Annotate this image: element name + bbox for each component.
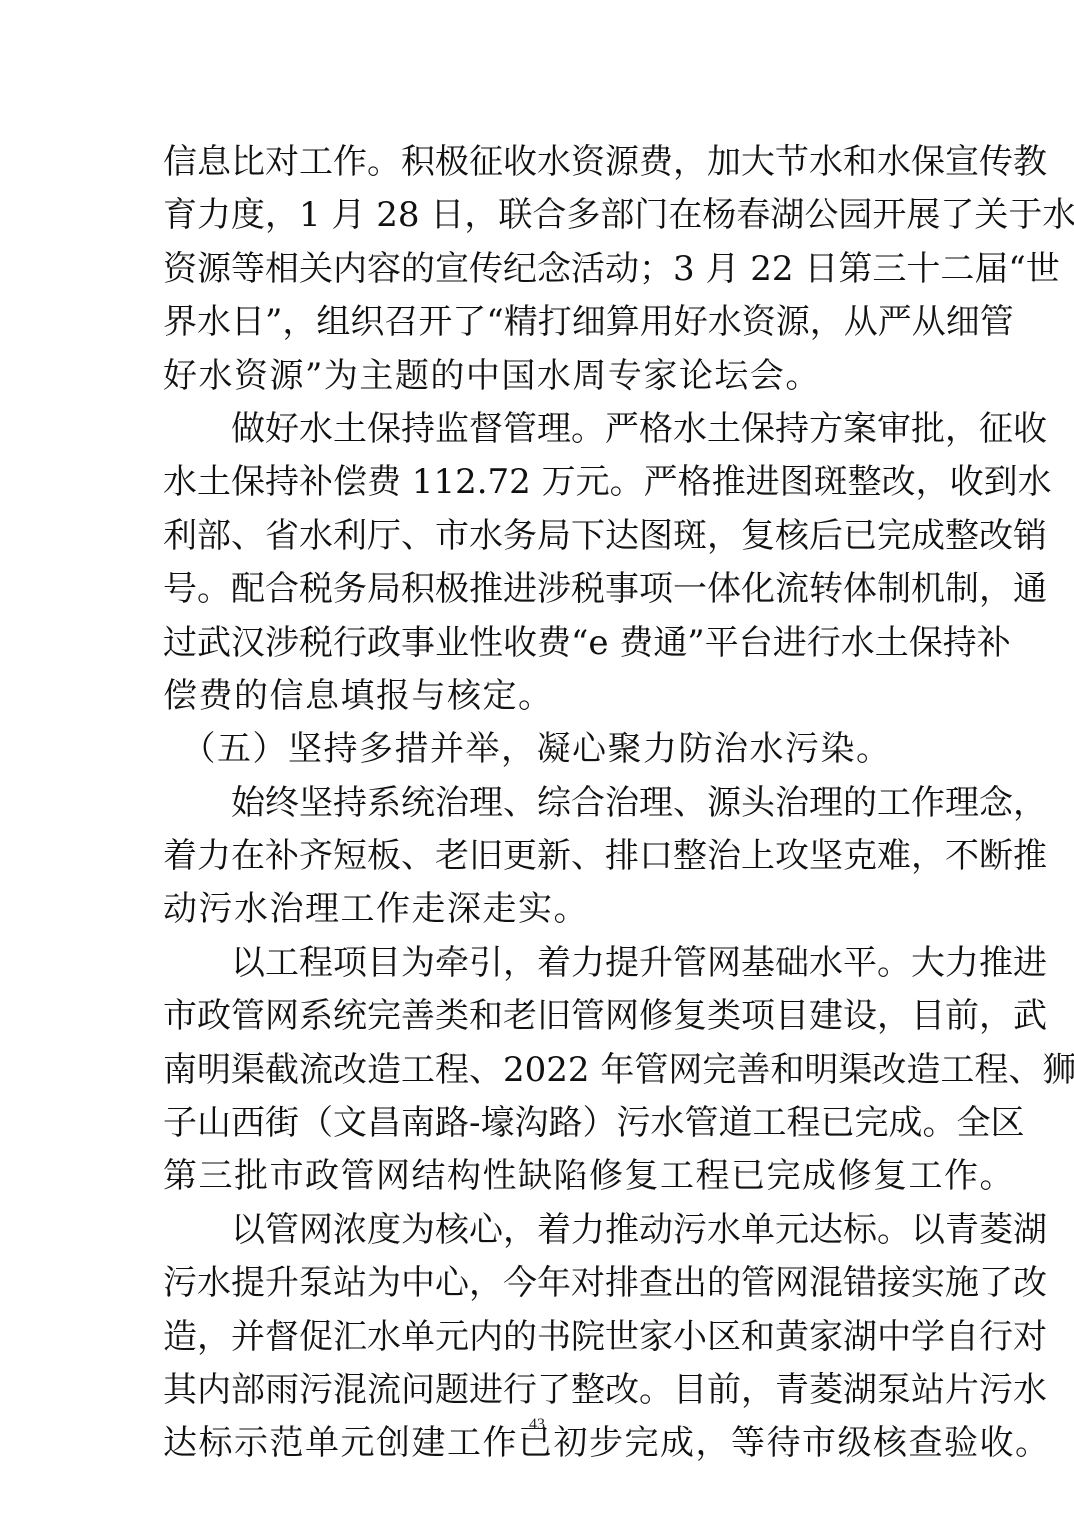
text-line: 号。配合税务局积极推进涉税事项一体化流转体制机制，通	[163, 563, 911, 616]
page-number: 43	[0, 1416, 1074, 1434]
text-line: 造，并督促汇水单元内的书院世家小区和黄家湖中学自行对	[163, 1311, 911, 1364]
text-line: 始终坚持系统治理、综合治理、源头治理的工作理念，	[163, 777, 911, 830]
text-line: 第三批市政管网结构性缺陷修复工程已完成修复工作。	[163, 1150, 923, 1203]
text-line: 过武汉涉税行政事业性收费“e 费通”平台进行水土保持补	[163, 617, 911, 670]
section-heading-five: （五）坚持多措并举，凝心聚力防治水污染。	[163, 723, 923, 776]
text-line: 资源等相关内容的宣传纪念活动；3 月 22 日第三十二届“世	[163, 243, 911, 296]
section-heading: （五）坚持多措并举，凝心聚力防治水污染。	[163, 723, 923, 776]
text-line: 南明渠截流改造工程、2022 年管网完善和明渠改造工程、狮	[163, 1044, 911, 1097]
paragraph-pipe-network: 以工程项目为牵引，着力提升管网基础水平。大力推进 市政管网系统完善类和老旧管网修…	[163, 937, 923, 1204]
text-line: 做好水土保持监督管理。严格水土保持方案审批，征收	[163, 403, 911, 456]
text-line: 污水提升泵站为中心，今年对排查出的管网混错接实施了改	[163, 1257, 911, 1310]
text-line: 信息比对工作。积极征收水资源费，加大节水和水保宣传教	[163, 136, 911, 189]
text-line: 利部、省水利厅、市水务局下达图斑，复核后已完成整改销	[163, 510, 911, 563]
text-line: 偿费的信息填报与核定。	[163, 670, 923, 723]
paragraph-soil-conservation: 做好水土保持监督管理。严格水土保持方案审批，征收 水土保持补偿费 112.72 …	[163, 403, 923, 723]
body-text: 信息比对工作。积极征收水资源费，加大节水和水保宣传教 育力度，1 月 28 日，…	[163, 136, 923, 1471]
text-line: 以管网浓度为核心，着力推动污水单元达标。以青菱湖	[163, 1204, 911, 1257]
paragraph-water-resources-continuation: 信息比对工作。积极征收水资源费，加大节水和水保宣传教 育力度，1 月 28 日，…	[163, 136, 923, 403]
text-line: 以工程项目为牵引，着力提升管网基础水平。大力推进	[163, 937, 911, 990]
text-line: 好水资源”为主题的中国水周专家论坛会。	[163, 350, 923, 403]
text-line: 动污水治理工作走深走实。	[163, 883, 923, 936]
text-line: 子山西街（文昌南路-壕沟路）污水管道工程已完成。全区	[163, 1097, 911, 1150]
document-page: 信息比对工作。积极征收水资源费，加大节水和水保宣传教 育力度，1 月 28 日，…	[0, 0, 1074, 1520]
text-line: 市政管网系统完善类和老旧管网修复类项目建设，目前，武	[163, 990, 911, 1043]
text-line: 着力在补齐短板、老旧更新、排口整治上攻坚克难，不断推	[163, 830, 911, 883]
text-line: 水土保持补偿费 112.72 万元。严格推进图斑整改，收到水	[163, 456, 911, 509]
text-line: 其内部雨污混流问题进行了整改。目前，青菱湖泵站片污水	[163, 1364, 911, 1417]
paragraph-governance: 始终坚持系统治理、综合治理、源头治理的工作理念， 着力在补齐短板、老旧更新、排口…	[163, 777, 923, 937]
text-line: 育力度，1 月 28 日，联合多部门在杨春湖公园开展了关于水	[163, 189, 911, 242]
text-line: 界水日”，组织召开了“精打细算用好水资源，从严从细管	[163, 296, 911, 349]
